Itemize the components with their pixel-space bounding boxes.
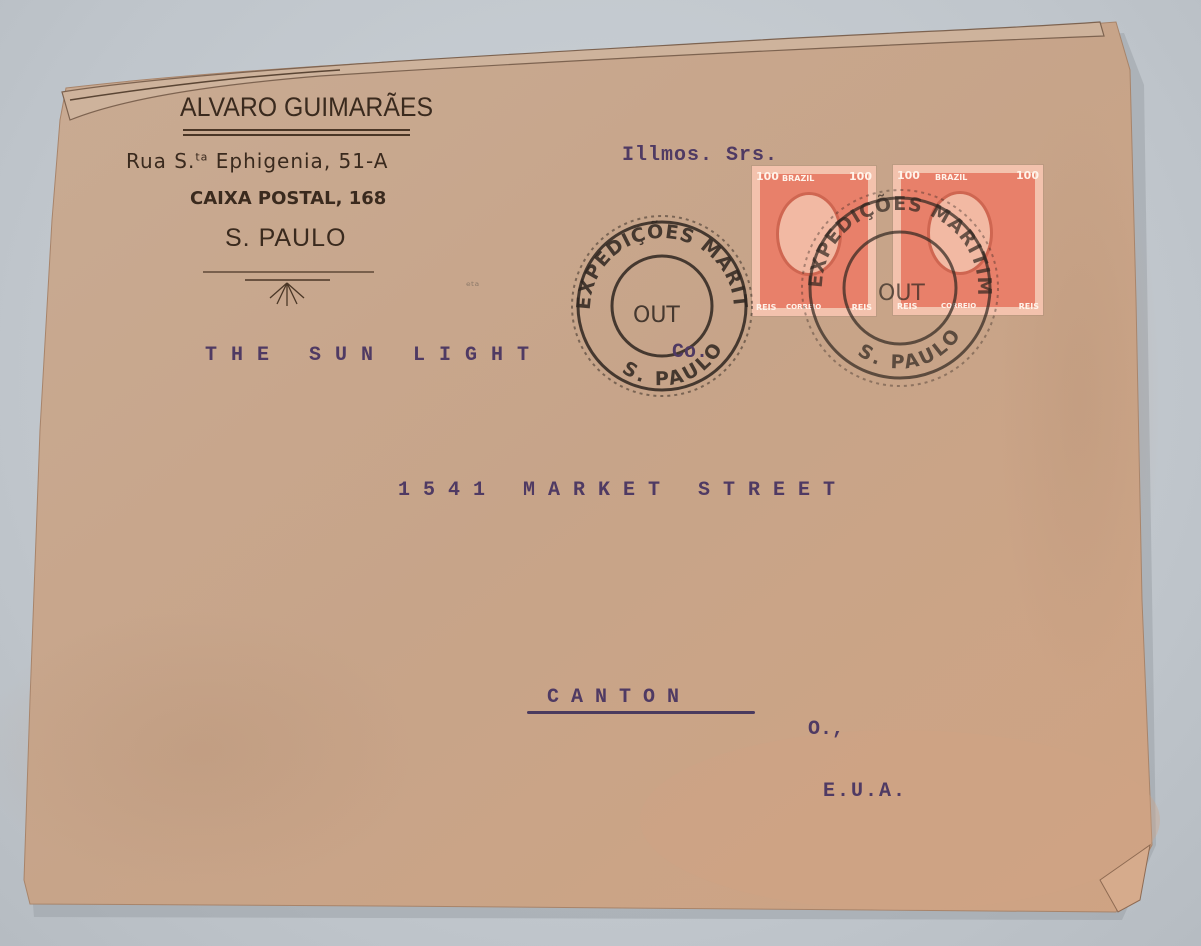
stamp-unit: REIS — [897, 302, 917, 311]
recipient-country: E.U.A. — [823, 780, 907, 803]
street-prefix: Rua S. — [126, 149, 195, 173]
street-rest: Ephigenia, 51-A — [208, 149, 388, 173]
postage-stamp: 100 100 BRAZIL REIS REIS CORREIO — [752, 166, 876, 316]
envelope-paper: ᵉᵗᵃ — [0, 0, 1201, 946]
street-sup: ta — [195, 150, 208, 163]
stamp-unit: REIS — [756, 303, 776, 312]
stamp-value: 100 — [849, 170, 872, 183]
stamp-unit: REIS — [852, 303, 872, 312]
greeting: Illmos. Srs. — [622, 144, 778, 167]
stamp-country: BRAZIL — [935, 173, 967, 182]
envelope: ᵉᵗᵃ ALVARO GUIMARÃES Rua S.ta Ephigenia,… — [0, 0, 1201, 946]
portrait-icon — [776, 192, 842, 276]
stamp-country: BRAZIL — [782, 174, 814, 183]
recipient-state: O., — [808, 718, 844, 741]
postage-stamp: 100 100 BRAZIL REIS REIS CORREIO — [893, 165, 1043, 315]
recipient-company-suffix: Co. — [672, 341, 708, 364]
stamp-value: 100 — [1016, 169, 1039, 182]
svg-text:ᵉᵗᵃ: ᵉᵗᵃ — [466, 279, 479, 293]
sender-name: ALVARO GUIMARÃES — [180, 92, 433, 123]
city-underline — [527, 711, 755, 714]
sender-po-box: CAIXA POSTAL, 168 — [190, 188, 386, 209]
sender-underline — [183, 134, 410, 136]
sender-underline — [183, 129, 410, 131]
portrait-icon — [927, 191, 993, 275]
stamp-value: 100 — [897, 169, 920, 182]
sender-street: Rua S.ta Ephigenia, 51-A — [126, 149, 388, 173]
stamp-label: CORREIO — [786, 303, 821, 311]
stamp-value: 100 — [756, 170, 779, 183]
stamp-label: CORREIO — [941, 302, 976, 310]
sender-city: S. PAULO — [225, 224, 346, 253]
recipient-street: 1541 MARKET STREET — [398, 479, 848, 502]
recipient-city: CANTON — [547, 686, 691, 709]
stamp-unit: REIS — [1019, 302, 1039, 311]
recipient-company: THE SUN LIGHT — [205, 344, 543, 367]
